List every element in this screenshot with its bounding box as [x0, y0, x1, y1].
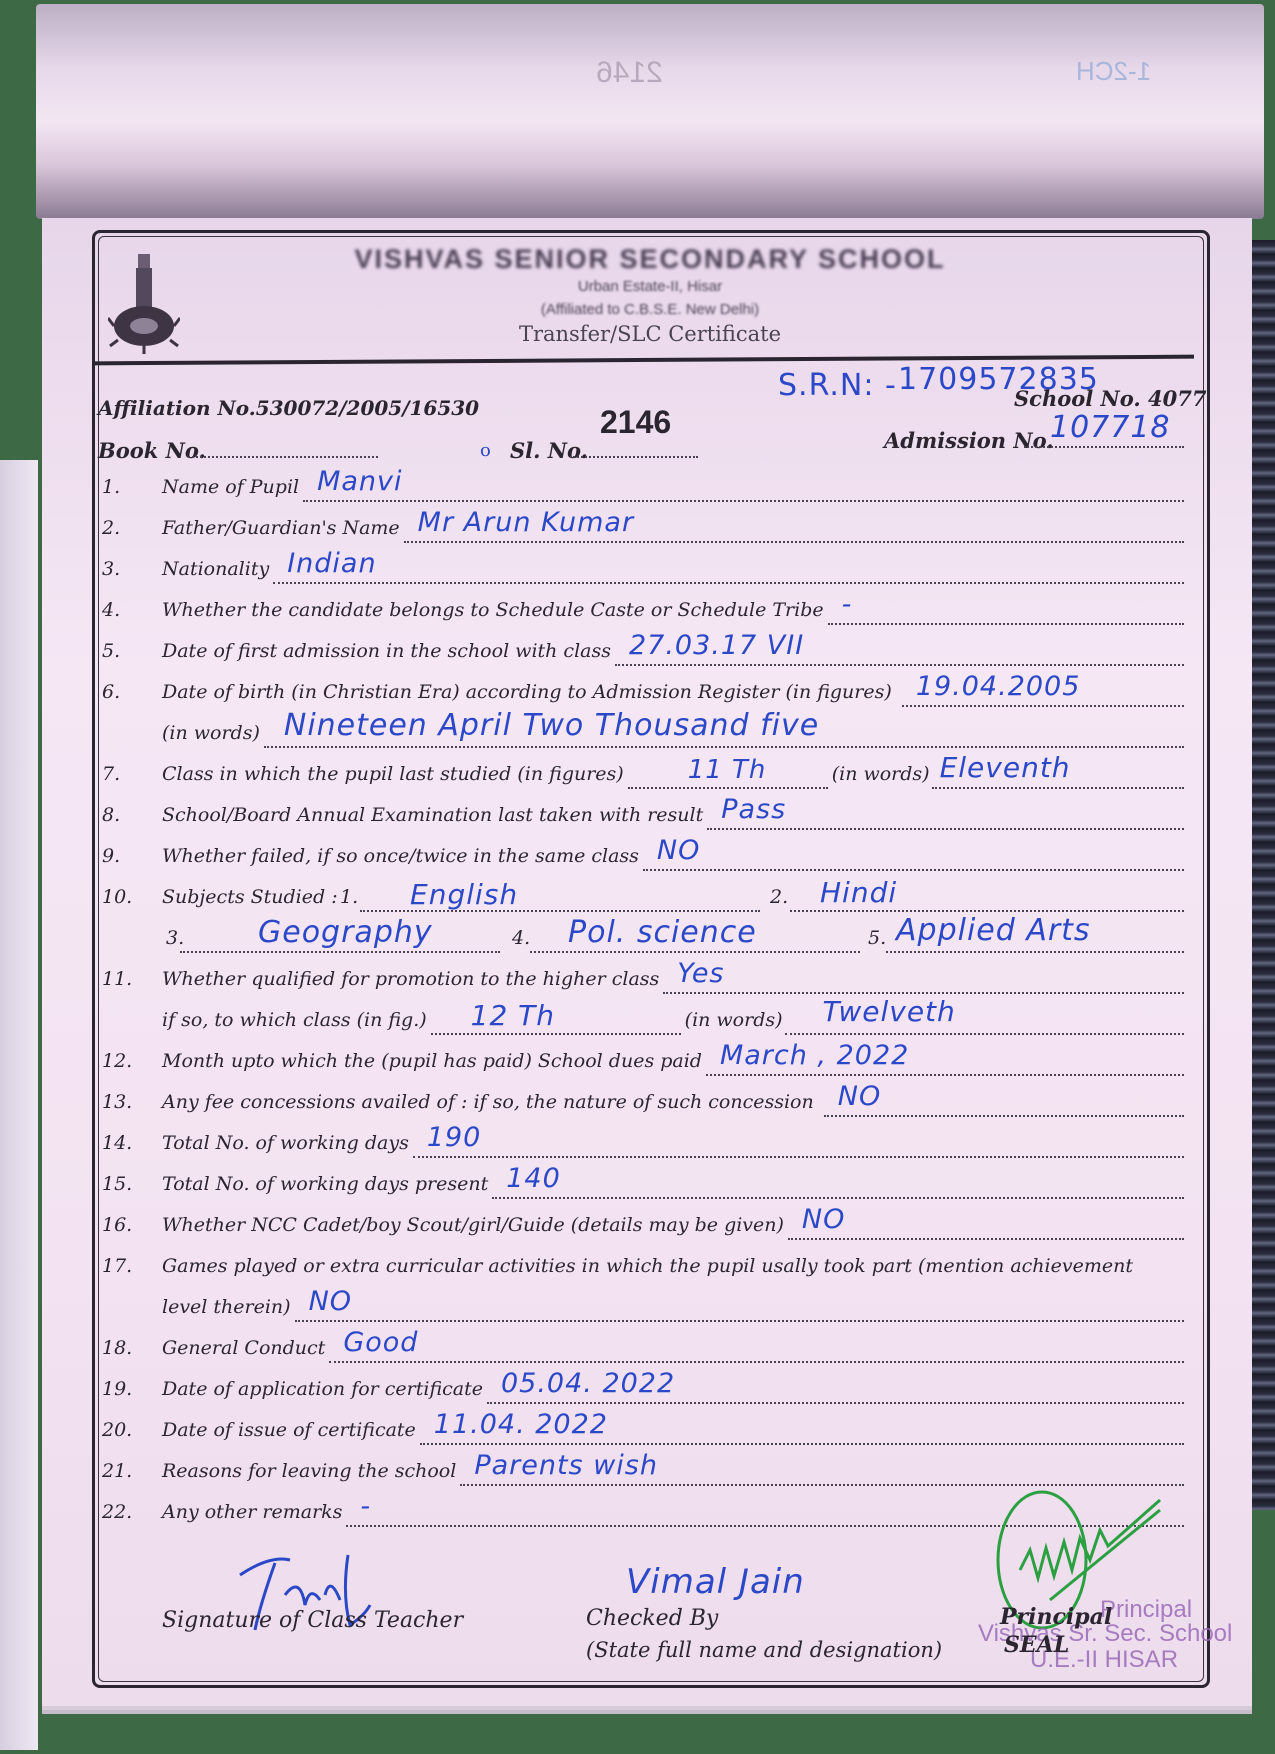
row-number: 15.: [102, 1173, 132, 1195]
checked-by-label: Checked By: [586, 1606, 718, 1631]
class-teacher-label: Signature of Class Teacher: [162, 1608, 463, 1633]
subject-1-value: English: [410, 878, 518, 911]
field-value: March , 2022: [720, 1040, 909, 1071]
row-number: 8.: [102, 804, 120, 826]
field-label: Games played or extra curricular activit…: [162, 1255, 1133, 1277]
field-input[interactable]: [404, 541, 1184, 543]
bleed-through-text: 1-2CH: [1076, 56, 1151, 87]
book-no-label: Book No.: [98, 438, 206, 463]
words-label: (in words): [162, 722, 260, 744]
subject-3-field[interactable]: [180, 951, 500, 953]
admission-no-label: Admission No.: [884, 428, 1054, 453]
row-number: 14.: [102, 1132, 132, 1154]
promotion-class-value: 12 Th: [471, 999, 555, 1032]
row-number: 22.: [102, 1501, 132, 1523]
row-number: 12.: [102, 1050, 132, 1072]
field-input[interactable]: [460, 1484, 1184, 1486]
field-value: 11.04. 2022: [434, 1409, 608, 1440]
subject-4-value: Pol. science: [568, 915, 757, 950]
subject-number: 2.: [770, 886, 788, 908]
field-input[interactable]: [828, 623, 1184, 625]
field-input[interactable]: [643, 869, 1184, 871]
field-input[interactable]: [273, 582, 1184, 584]
field-input[interactable]: [902, 705, 1184, 707]
field-value-words: Nineteen April Two Thousand five: [284, 708, 819, 743]
subject-number: 1.: [340, 886, 358, 908]
field-input[interactable]: [487, 1402, 1184, 1404]
field-label: Whether NCC Cadet/boy Scout/girl/Guide (…: [162, 1214, 784, 1236]
field-input[interactable]: [707, 828, 1184, 830]
field-value: -: [842, 589, 853, 620]
field-label: Date of first admission in the school wi…: [162, 640, 611, 662]
words-label: (in words): [832, 763, 930, 785]
field-input[interactable]: [615, 664, 1184, 666]
sl-no-field: [570, 456, 698, 458]
field-value: 05.04. 2022: [501, 1368, 675, 1399]
book-no-field: [188, 456, 378, 458]
field-value: Pass: [721, 794, 786, 825]
row-number: 3.: [102, 558, 120, 580]
field-label: Total No. of working days: [162, 1132, 409, 1154]
checked-by-signature: Vimal Jain: [626, 1562, 805, 1602]
field-label: Date of issue of certificate: [162, 1419, 416, 1441]
bleed-through-number: 2146: [596, 56, 663, 90]
subject-number: 5.: [868, 927, 886, 949]
field-value: Manvi: [317, 466, 402, 497]
field-label: Any other remarks: [162, 1501, 342, 1523]
row-number: 20.: [102, 1419, 132, 1441]
field-value: NO: [309, 1286, 352, 1317]
page-stack-edge: [0, 460, 38, 1750]
field-label: Date of birth (in Christian Era) accordi…: [162, 681, 892, 703]
field-label: Date of application for certificate: [162, 1378, 483, 1400]
promotion-words-value: Twelveth: [823, 995, 956, 1028]
class-words-field[interactable]: [932, 787, 1184, 789]
field-label: Whether failed, if so once/twice in the …: [162, 845, 639, 867]
ink-mark: o: [480, 440, 491, 461]
row-number: 1.: [102, 476, 120, 498]
field-label: Class in which the pupil last studied (i…: [162, 763, 624, 785]
row-number: 18.: [102, 1337, 132, 1359]
field-value: 140: [506, 1163, 561, 1194]
principal-label: Principal: [1000, 1604, 1112, 1630]
row-number: 6.: [102, 681, 120, 703]
school-address: Urban Estate-II, Hisar: [360, 278, 940, 295]
row-number: 2.: [102, 517, 120, 539]
field-value: NO: [838, 1081, 881, 1112]
school-affiliation-note: (Affiliated to C.B.S.E. New Delhi): [360, 301, 940, 318]
sl-no-value: 2146: [600, 404, 671, 441]
field-value: NO: [657, 835, 700, 866]
row-number: 5.: [102, 640, 120, 662]
field-value: Parents wish: [474, 1450, 658, 1481]
checked-by-note: (State full name and designation): [586, 1638, 942, 1662]
field-label: Whether the candidate belongs to Schedul…: [162, 599, 824, 621]
field-input[interactable]: [706, 1074, 1184, 1076]
row-number: 16.: [102, 1214, 132, 1236]
field-label: Total No. of working days present: [162, 1173, 488, 1195]
field-value: 11 Th: [688, 755, 767, 785]
row-number: 11.: [102, 968, 132, 990]
promotion-class-field[interactable]: [431, 1033, 681, 1035]
field-value: -: [360, 1491, 371, 1522]
subjects-label: Subjects Studied :: [162, 886, 338, 908]
subject-2-value: Hindi: [820, 876, 897, 909]
field-value: 190: [427, 1122, 482, 1153]
row-number: 17.: [102, 1255, 132, 1277]
subject-5-field[interactable]: [886, 951, 1184, 953]
subject-4-field[interactable]: [530, 951, 860, 953]
field-label: Month upto which the (pupil has paid) Sc…: [162, 1050, 702, 1072]
subject-number: 4.: [512, 927, 530, 949]
field-value: NO: [802, 1204, 845, 1235]
field-value-words: Eleventh: [940, 751, 1071, 784]
admission-no-field: [1024, 446, 1184, 448]
field-value: Mr Arun Kumar: [418, 507, 634, 538]
row-number: 4.: [102, 599, 120, 621]
srn-label: S.R.N: -: [778, 368, 897, 403]
dob-words-field[interactable]: [264, 746, 1184, 748]
row-number: 21.: [102, 1460, 132, 1482]
field-input[interactable]: [492, 1197, 1184, 1199]
field-value: Indian: [287, 548, 376, 579]
field-value: Yes: [677, 958, 724, 989]
subject-2-field[interactable]: [790, 910, 1184, 912]
previous-page-curl: 2146 1-2CH: [36, 4, 1264, 219]
field-label: Any fee concessions availed of : if so, …: [162, 1091, 814, 1113]
row-number: 13.: [102, 1091, 132, 1113]
field-value: 27.03.17 VII: [629, 630, 804, 661]
row-number: 9.: [102, 845, 120, 867]
sl-no-label: Sl. No.: [510, 438, 588, 463]
field-value: 19.04.2005: [916, 671, 1081, 702]
school-emblem-icon: [108, 248, 180, 358]
field-input[interactable]: [303, 500, 1184, 502]
field-input[interactable]: [420, 1443, 1184, 1445]
school-name: VISHVAS SENIOR SECONDARY SCHOOL: [220, 244, 1080, 275]
school-number: School No. 4077: [1014, 386, 1206, 411]
field-label: Nationality: [162, 558, 269, 580]
admission-no-value: 107718: [1050, 410, 1171, 445]
subject-5-value: Applied Arts: [896, 913, 1091, 948]
promotion-class-label: if so, to which class (in fig.): [162, 1009, 427, 1031]
promotion-words-field[interactable]: [785, 1033, 1184, 1035]
row-number: 10.: [102, 886, 132, 908]
seal-label: SEAL: [1004, 1632, 1069, 1658]
field-label: Reasons for leaving the school: [162, 1460, 456, 1482]
row-number: 19.: [102, 1378, 132, 1400]
field-input[interactable]: [329, 1361, 1184, 1363]
field-label: School/Board Annual Examination last tak…: [162, 804, 703, 826]
field-input[interactable]: [788, 1238, 1184, 1240]
field-label-continued: level therein): [162, 1296, 291, 1318]
field-input[interactable]: [824, 1115, 1184, 1117]
class-figures-field[interactable]: [628, 787, 828, 789]
field-label: Father/Guardian's Name: [162, 517, 400, 539]
affiliation-number: Affiliation No.530072/2005/16530: [98, 396, 479, 420]
field-label: General Conduct: [162, 1337, 325, 1359]
certificate-title: Transfer/SLC Certificate: [360, 322, 940, 346]
field-label: Name of Pupil: [162, 476, 299, 498]
subject-number: 3.: [166, 927, 184, 949]
field-input[interactable]: [295, 1320, 1184, 1322]
field-input[interactable]: [663, 992, 1184, 994]
subject-3-value: Geography: [258, 915, 433, 950]
field-label: Whether qualified for promotion to the h…: [162, 968, 659, 990]
field-input[interactable]: [413, 1156, 1184, 1158]
words-label: (in words): [685, 1009, 783, 1031]
field-value: Good: [343, 1327, 418, 1358]
row-number: 7.: [102, 763, 120, 785]
